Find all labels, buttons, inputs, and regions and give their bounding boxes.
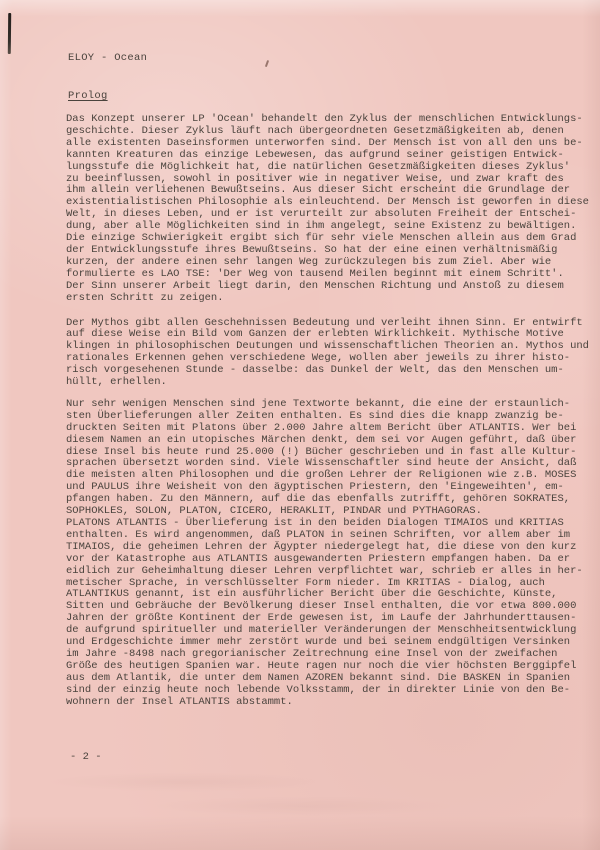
- page-number: - 2 -: [70, 751, 102, 763]
- document-title: ELOY - Ocean: [68, 52, 147, 64]
- stray-slash-mark: [265, 60, 269, 67]
- paragraph-concept: Das Konzept unserer LP 'Ocean' behandelt…: [66, 114, 586, 305]
- paragraph-atlantis: Nur sehr wenigen Menschen sind jene Text…: [66, 399, 586, 709]
- document-body: Das Konzept unserer LP 'Ocean' behandelt…: [66, 114, 586, 722]
- paper-showthrough-texture: [40, 770, 520, 830]
- section-heading: Prolog: [68, 90, 108, 102]
- scanned-document-page: ELOY - Ocean Prolog Das Konzept unserer …: [0, 0, 600, 850]
- pen-mark: [8, 13, 11, 54]
- paragraph-mythos: Der Mythos gibt allen Geschehnissen Bede…: [66, 318, 586, 389]
